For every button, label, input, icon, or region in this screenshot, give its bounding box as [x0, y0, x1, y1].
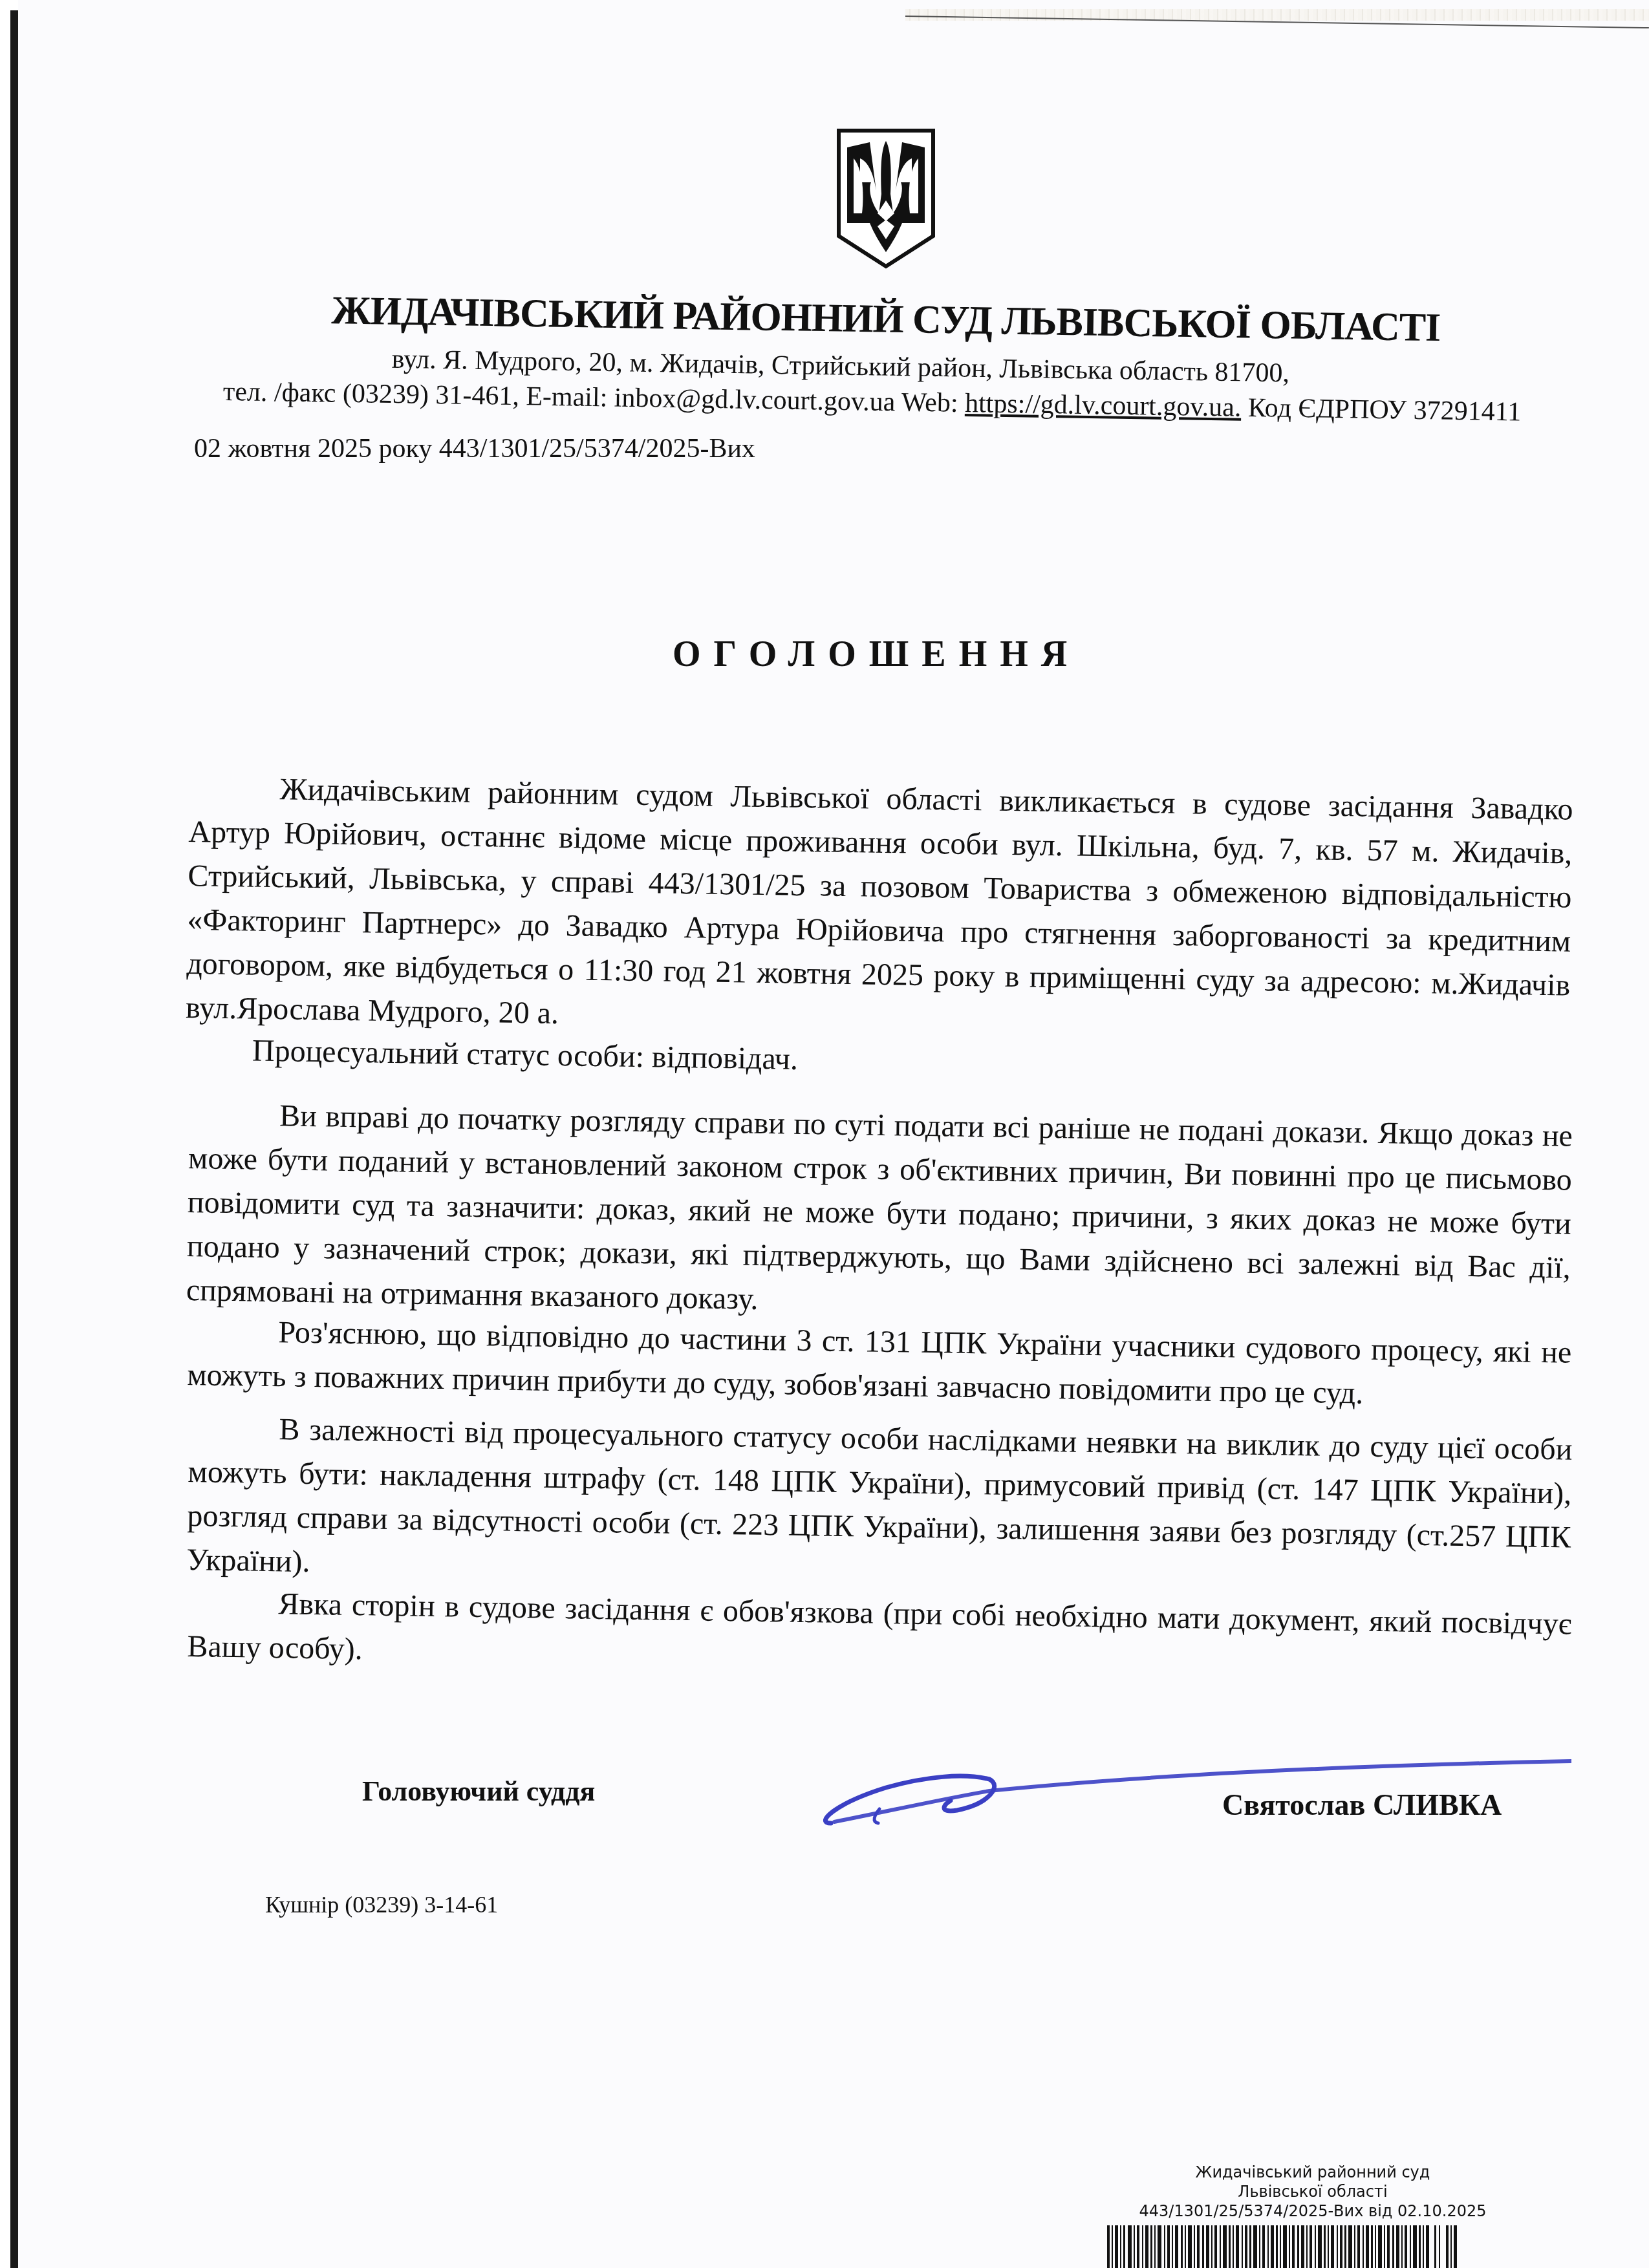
outgoing-reference: 02 жовтня 2025 року 443/1301/25/5374/202… — [194, 433, 755, 464]
stamp-court-line: Жидачівський районний суд — [1106, 2163, 1520, 2182]
contacts-text: тел. /факс (03239) 31-461, E-mail: inbox… — [223, 377, 965, 418]
scan-edge-top — [905, 9, 1649, 21]
trident-coat-of-arms-icon — [831, 123, 941, 272]
stamp-reference: 443/1301/25/5374/2025-Вих від 02.10.2025 — [1106, 2201, 1520, 2221]
consequences-paragraph: В залежності від процесуального статусу … — [186, 1406, 1573, 1604]
signer-name: Святослав СЛИВКА — [1222, 1788, 1502, 1822]
executor-contact: Кушнір (03239) 3-14-61 — [265, 1891, 498, 1918]
paragraph-text: Ви вправі до початку розгляду справи по … — [186, 1093, 1573, 1334]
registration-stamp: Жидачівський районний суд Львівської обл… — [1106, 2163, 1520, 2221]
stamp-region-line: Львівської області — [1106, 2182, 1520, 2201]
scan-edge-left — [0, 0, 18, 2268]
document-title: ОГОЛОШЕННЯ — [673, 634, 1080, 675]
court-contacts: тел. /факс (03239) 31-461, E-mail: inbox… — [223, 376, 1581, 429]
barcode-icon — [1107, 2225, 1469, 2268]
paragraph-text: Жидачівським районним судом Львівської о… — [186, 766, 1573, 1052]
paragraph-text: В залежності від процесуального статусу … — [186, 1406, 1573, 1604]
summons-paragraph: Жидачівським районним судом Львівської о… — [186, 766, 1573, 1052]
edrpou-code: Код ЄДРПОУ 37291411 — [1241, 393, 1521, 427]
signer-role: Головуючий суддя — [362, 1775, 595, 1808]
court-name: ЖИДАЧІВСЬКИЙ РАЙОННИЙ СУД ЛЬВІВСЬКОЇ ОБЛ… — [323, 288, 1449, 351]
evidence-paragraph: Ви вправі до початку розгляду справи по … — [186, 1093, 1573, 1334]
website-link[interactable]: https://gd.lv.court.gov.ua. — [965, 389, 1242, 423]
